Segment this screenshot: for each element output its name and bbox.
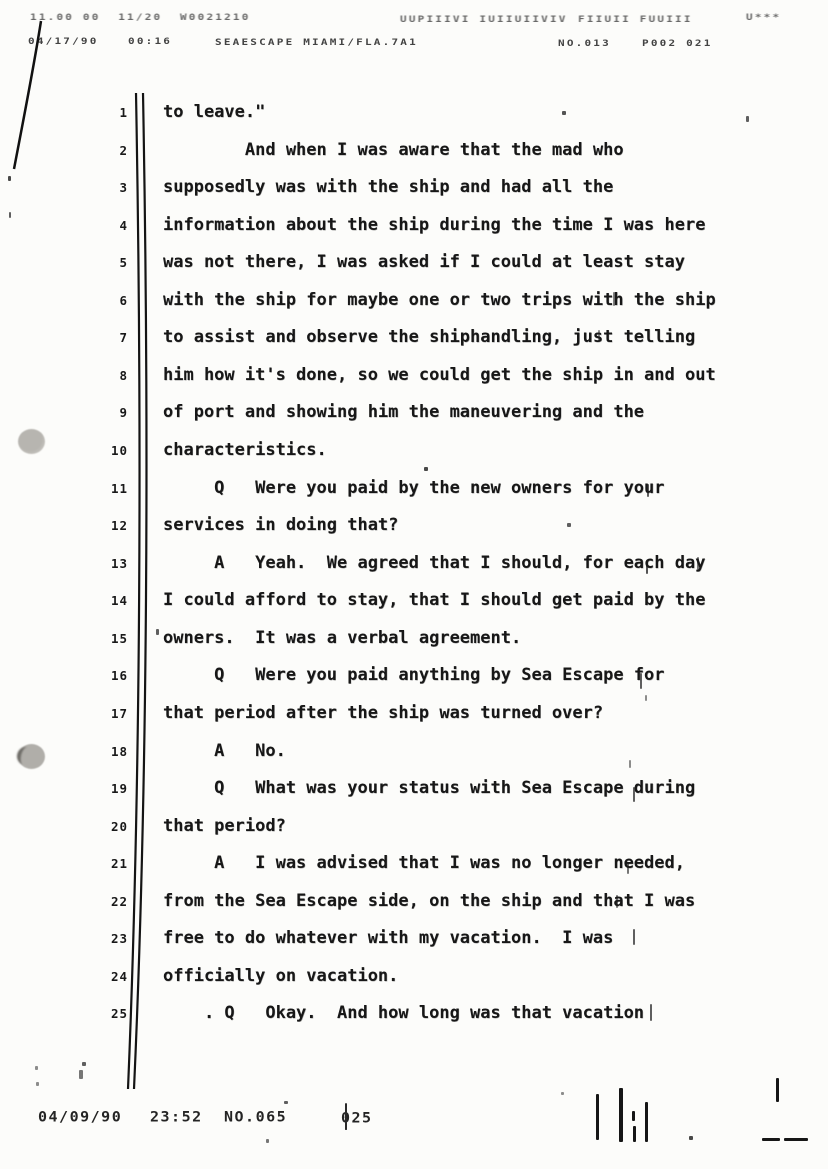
line-text: owners. It was a verbal agreement. — [163, 628, 521, 648]
scanned-transcript-page: 11.00 00 11/20 W0021210 UUPIIIVI IUIIUII… — [0, 0, 828, 1169]
hole-punch-top — [18, 429, 45, 454]
line-number: 15 — [90, 631, 128, 646]
ink-speck — [633, 787, 635, 802]
line-number: 5 — [90, 255, 128, 270]
line-text: services in doing that? — [163, 515, 398, 535]
line-text: . Q Okay. And how long was that vacation — [163, 1003, 644, 1023]
margin-rule — [0, 0, 828, 1169]
pen-tally-mark — [619, 1088, 623, 1142]
line-text: to assist and observe the shiphandling, … — [163, 327, 695, 347]
line-number: 25 — [90, 1006, 128, 1021]
fax-header-no: NO.013 — [558, 38, 611, 48]
line-number: 21 — [90, 856, 128, 871]
ink-speck — [567, 523, 571, 527]
ink-speck — [646, 560, 648, 574]
fax-header-time: 00:16 — [128, 36, 172, 46]
ink-speck — [616, 895, 618, 908]
line-number: 9 — [90, 405, 128, 420]
line-number: 17 — [90, 706, 128, 721]
ink-speck — [629, 760, 631, 768]
line-text: A Yeah. We agreed that I should, for eac… — [163, 553, 705, 573]
footer-time: 23:52 — [150, 1108, 203, 1125]
line-number: 24 — [90, 969, 128, 984]
line-text: Q What was your status with Sea Escape d… — [163, 778, 695, 798]
pen-tally-mark — [645, 1102, 648, 1142]
ink-speck — [627, 862, 629, 874]
ink-speck — [8, 176, 11, 181]
line-text: A No. — [163, 741, 286, 761]
pen-tally-mark — [632, 1111, 635, 1121]
footer-fax-no: NO.065 — [224, 1108, 287, 1125]
ink-speck — [598, 330, 600, 342]
ink-speck — [561, 1092, 564, 1095]
pen-tally-mark — [633, 1126, 636, 1142]
line-number: 23 — [90, 931, 128, 946]
ink-speck — [424, 467, 428, 471]
footer-date: 04/09/90 — [38, 1108, 122, 1125]
line-number: 4 — [90, 218, 128, 233]
fax-header-line1-from: FIIUII FUUIII — [578, 14, 693, 24]
line-number: 10 — [90, 443, 128, 458]
line-text: A I was advised that I was no longer nee… — [163, 853, 685, 873]
line-number: 22 — [90, 894, 128, 909]
line-number: 13 — [90, 556, 128, 571]
line-number: 18 — [90, 744, 128, 759]
ink-speck — [645, 695, 647, 701]
ink-speck — [689, 1136, 693, 1140]
pen-tally-mark — [776, 1078, 779, 1102]
line-number: 8 — [90, 368, 128, 383]
line-text: with the ship for maybe one or two trips… — [163, 290, 716, 310]
ink-speck — [647, 484, 649, 497]
fax-header-date: 04/17/90 — [28, 36, 99, 46]
line-number: 12 — [90, 518, 128, 533]
line-number: 2 — [90, 143, 128, 158]
ink-speck — [650, 1004, 652, 1021]
ink-speck — [613, 292, 615, 306]
line-text: that period? — [163, 816, 286, 836]
line-number: 14 — [90, 593, 128, 608]
line-number: 1 — [90, 105, 128, 120]
ink-speck — [82, 1062, 86, 1066]
line-text: that period after the ship was turned ov… — [163, 703, 603, 723]
line-text: information about the ship during the ti… — [163, 215, 705, 235]
ink-speck — [79, 1070, 83, 1079]
ink-speck — [562, 111, 566, 115]
ink-speck — [36, 1082, 39, 1086]
line-text: Q Were you paid by the new owners for yo… — [163, 478, 665, 498]
fax-header-line1-left: 11.00 00 11/20 W0021210 — [30, 12, 251, 22]
line-text: And when I was aware that the mad who — [163, 140, 624, 160]
ink-speck — [746, 116, 749, 122]
line-number: 7 — [90, 330, 128, 345]
footer-page-stamp: 025 — [341, 1109, 373, 1126]
ink-speck — [9, 212, 11, 218]
line-text: of port and showing him the maneuvering … — [163, 402, 644, 422]
fax-header-page: P002 021 — [642, 38, 713, 48]
hole-punch-bottom — [18, 744, 45, 769]
line-text: characteristics. — [163, 440, 327, 460]
line-text: him how it's done, so we could get the s… — [163, 365, 716, 385]
line-number: 20 — [90, 819, 128, 834]
line-number: 6 — [90, 293, 128, 308]
line-text: I could afford to stay, that I should ge… — [163, 590, 705, 610]
line-text: Q Were you paid anything by Sea Escape f… — [163, 665, 665, 685]
line-number: 11 — [90, 481, 128, 496]
line-number: 16 — [90, 668, 128, 683]
line-text: was not there, I was asked if I could at… — [163, 252, 685, 272]
line-text: free to do whatever with my vacation. I … — [163, 928, 613, 948]
diagonal-pen-mark — [0, 0, 828, 1169]
fax-header-sender: SEAESCAPE MIAMI/FLA.7A1 — [215, 37, 418, 47]
line-text: to leave." — [163, 102, 265, 122]
line-text: supposedly was with the ship and had all… — [163, 177, 613, 197]
fax-header-line1-mid: UUPIIIVI IUIIUIIVIV — [400, 14, 568, 24]
pen-tally-mark — [784, 1138, 808, 1141]
ink-speck — [284, 1101, 288, 1104]
ink-speck — [266, 1139, 269, 1143]
line-number: 19 — [90, 781, 128, 796]
ink-speck — [640, 673, 642, 689]
pen-tally-mark — [762, 1138, 780, 1141]
ink-speck — [633, 929, 635, 945]
pen-tally-mark — [596, 1094, 599, 1140]
line-number: 3 — [90, 180, 128, 195]
ink-speck — [156, 629, 159, 635]
fax-header-line1-right: U*** — [746, 12, 781, 22]
ink-speck — [35, 1066, 38, 1070]
line-text: officially on vacation. — [163, 966, 398, 986]
ink-speck — [697, 557, 699, 570]
